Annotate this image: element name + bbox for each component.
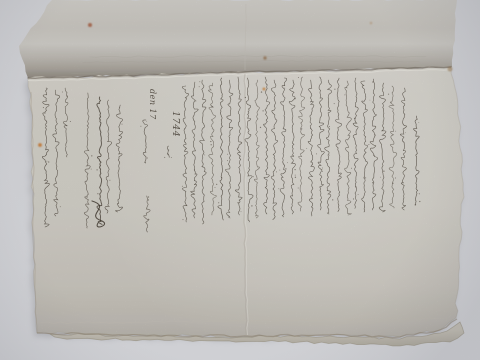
photo-canvas: den 17 1744 — [0, 0, 480, 360]
vignette — [0, 0, 480, 360]
manuscript-photo: den 17 1744 — [0, 0, 480, 360]
